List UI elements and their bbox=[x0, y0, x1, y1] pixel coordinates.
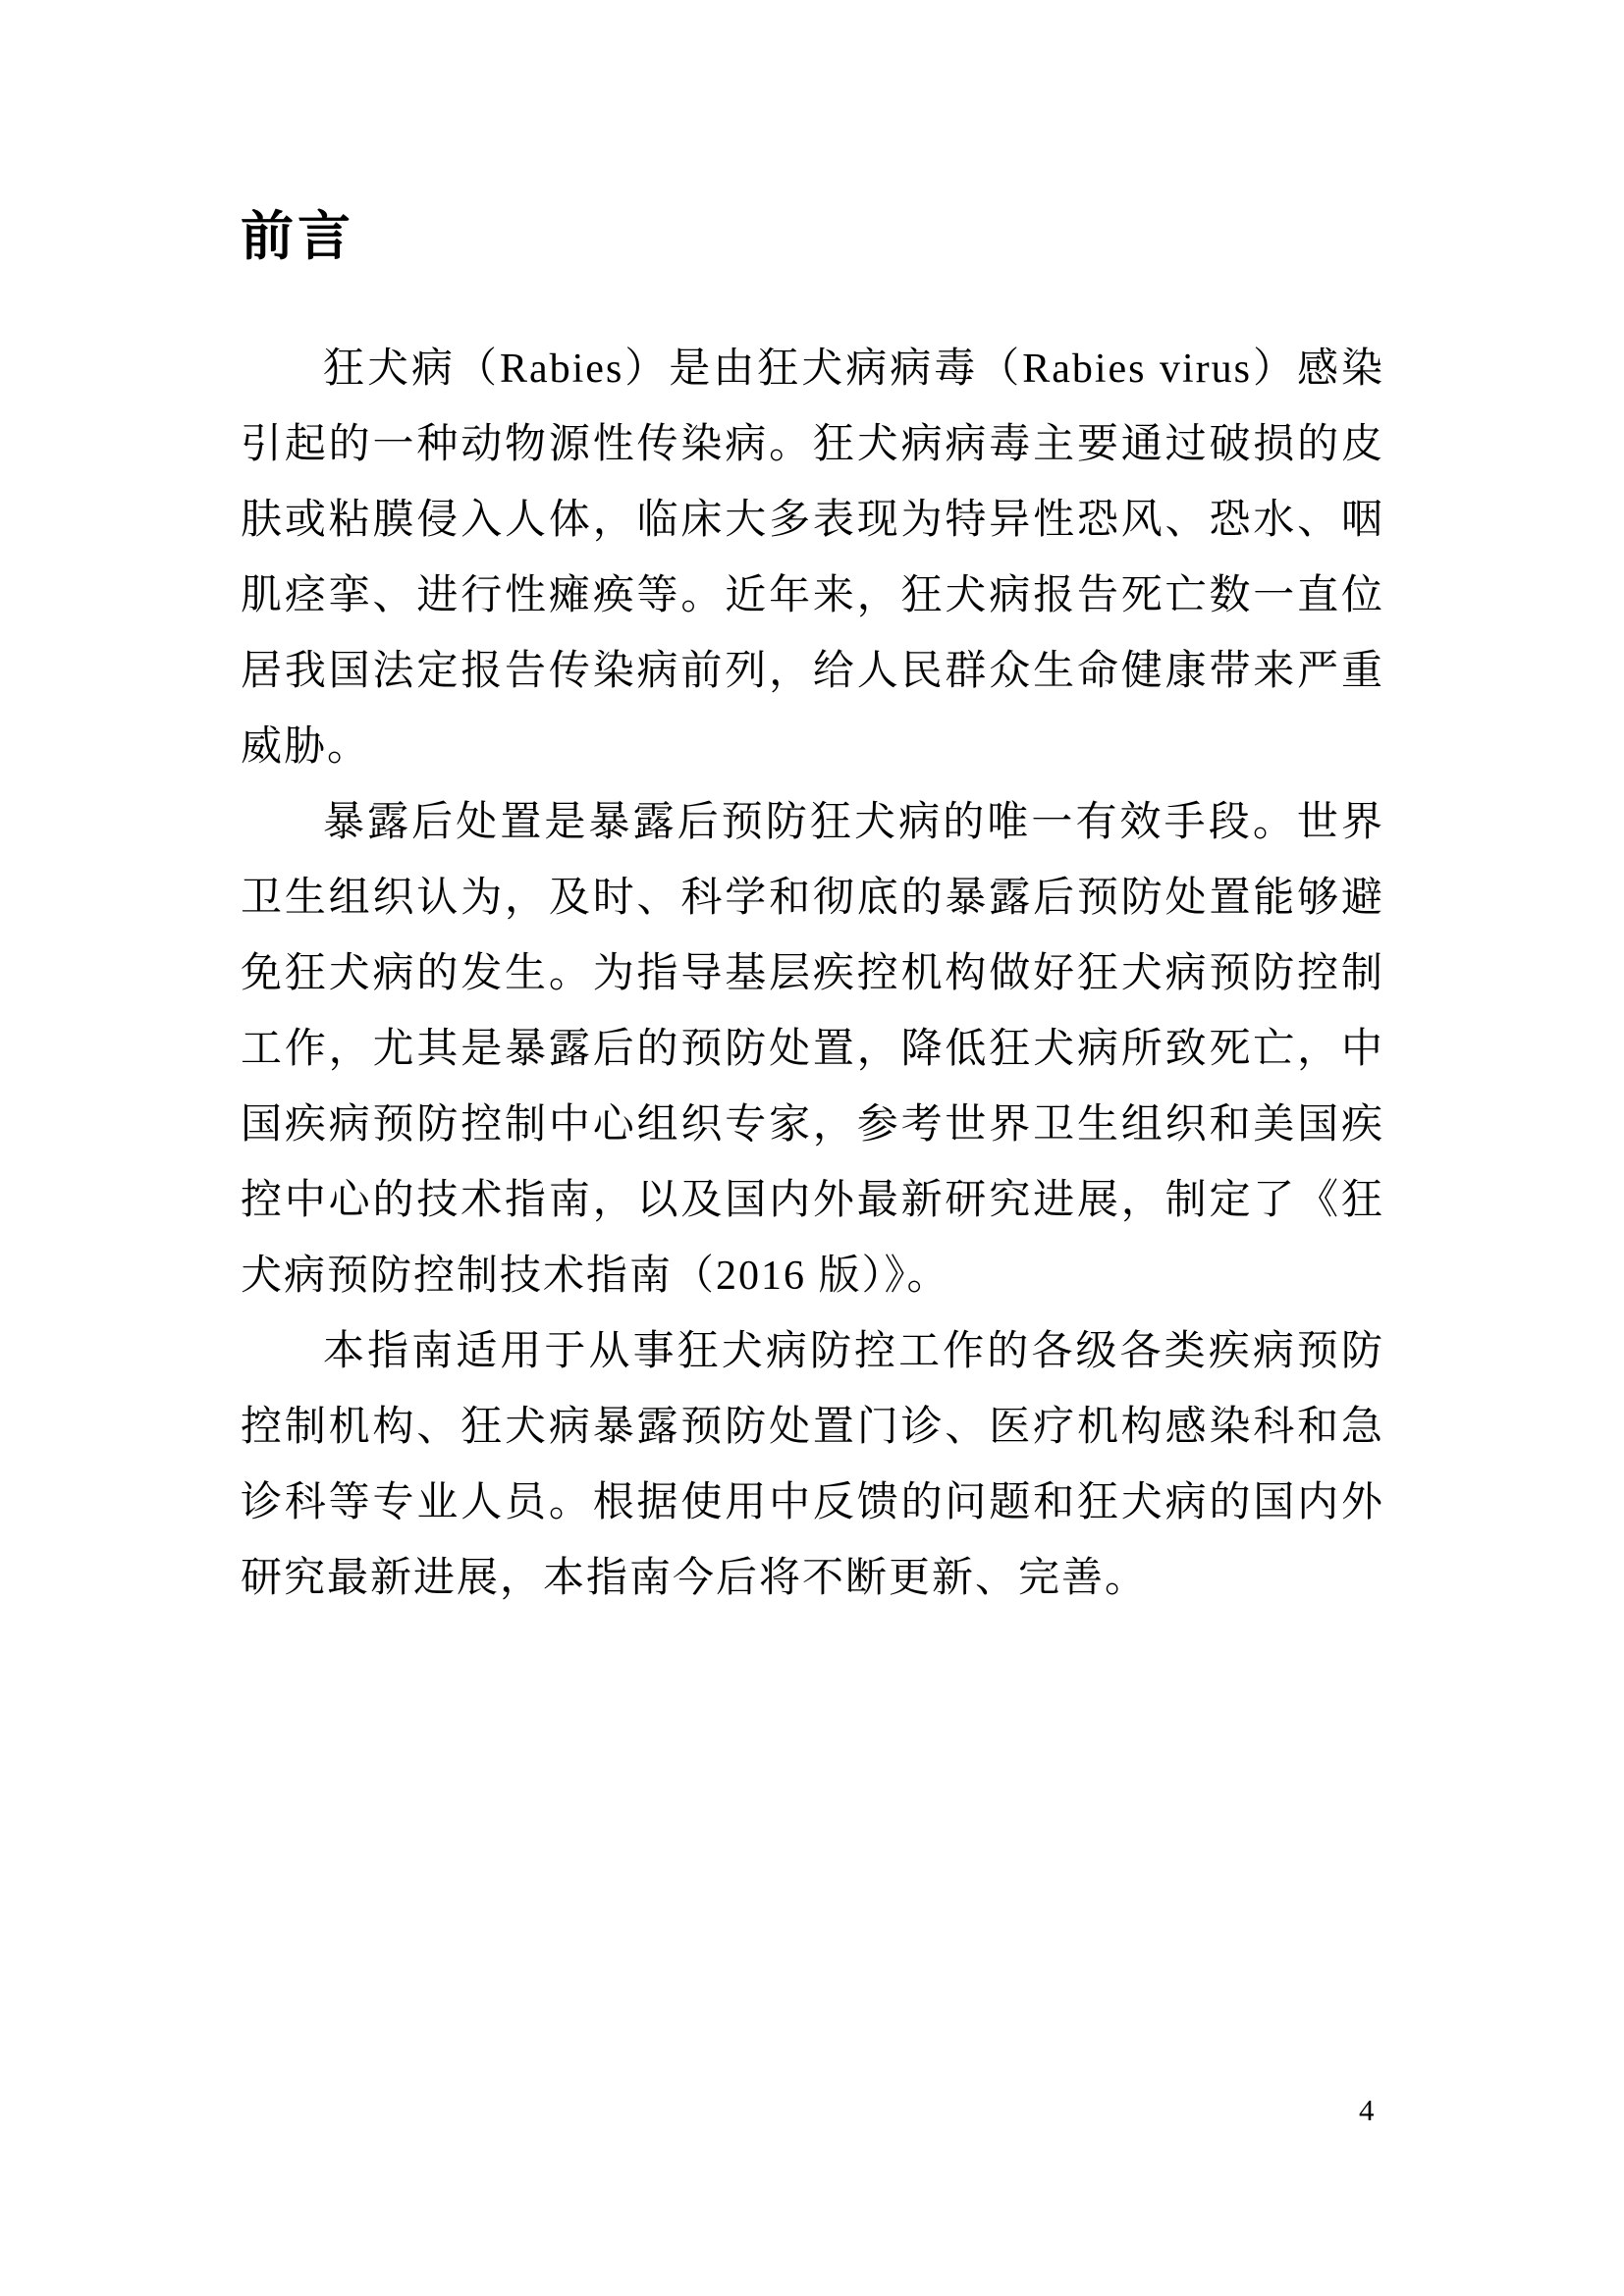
document-page: 前言 狂犬病（Rabies）是由狂犬病病毒（Rabies virus）感染引起的… bbox=[0, 0, 1624, 2296]
body-text: 狂犬病（Rabies）是由狂犬病病毒（Rabies virus）感染引起的一种动… bbox=[241, 332, 1384, 1617]
paragraph: 本指南适用于从事狂犬病防控工作的各级各类疾病预防控制机构、狂犬病暴露预防处置门诊… bbox=[241, 1314, 1384, 1617]
page-number: 4 bbox=[1359, 2093, 1375, 2128]
page-title: 前言 bbox=[241, 202, 354, 271]
paragraph: 狂犬病（Rabies）是由狂犬病病毒（Rabies virus）感染引起的一种动… bbox=[241, 332, 1384, 785]
paragraph: 暴露后处置是暴露后预防狂犬病的唯一有效手段。世界卫生组织认为，及时、科学和彻底的… bbox=[241, 785, 1384, 1314]
